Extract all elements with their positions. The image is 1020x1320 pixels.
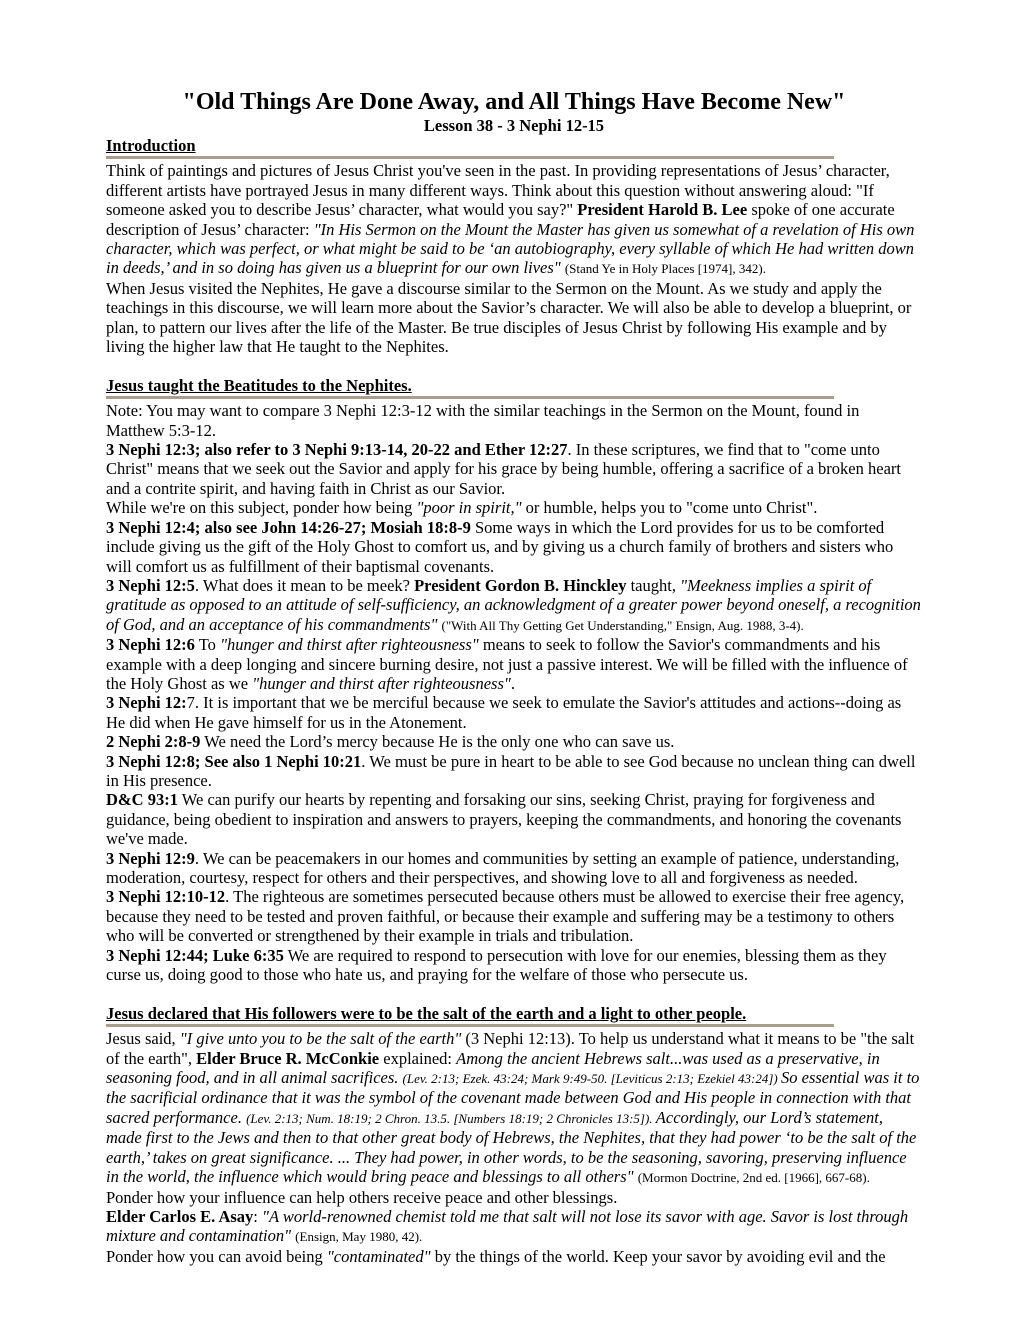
text-run: 3 Nephi 12:3; also refer to 3 Nephi 9:13… (106, 440, 568, 459)
text-run: President Harold B. Lee (577, 200, 747, 219)
text-run: To (195, 635, 220, 654)
text-run: 3 Nephi 12:5 (106, 576, 195, 595)
text-run: 3 Nephi 12:44; Luke 6:35 (106, 946, 284, 965)
text-run: ("With All Thy Getting Get Understanding… (442, 618, 804, 633)
paragraph: Ponder how your influence can help other… (106, 1188, 922, 1207)
text-run: Elder Bruce R. McConkie (196, 1049, 379, 1068)
text-run: taught, (626, 576, 680, 595)
text-run: by the things of the world. Keep your sa… (431, 1247, 886, 1266)
text-run: Note: You may want to compare 3 Nephi 12… (106, 401, 859, 439)
section-heading: Jesus taught the Beatitudes to the Nephi… (106, 376, 834, 399)
document-body: IntroductionThink of paintings and pictu… (106, 136, 922, 1266)
text-run: . What does it mean to be meek? (195, 576, 414, 595)
text-run: "hunger and thirst after righteousness" (252, 674, 511, 693)
paragraph: 3 Nephi 12:7. It is important that we be… (106, 693, 922, 732)
text-run: 3 Nephi 12: (106, 693, 187, 712)
document-subtitle: Lesson 38 - 3 Nephi 12-15 (106, 116, 922, 136)
paragraph: 3 Nephi 12:10-12. The righteous are some… (106, 887, 922, 945)
paragraph: Jesus said, "I give unto you to be the s… (106, 1029, 922, 1187)
text-run: President Gordon B. Hinckley (414, 576, 626, 595)
paragraph: 3 Nephi 12:5. What does it mean to be me… (106, 576, 922, 635)
section: IntroductionThink of paintings and pictu… (106, 136, 922, 356)
text-run: Ponder how you can avoid being (106, 1247, 327, 1266)
paragraph: 3 Nephi 12:6 To "hunger and thirst after… (106, 635, 922, 693)
text-run: . (511, 674, 515, 693)
section-heading-text: Introduction (106, 136, 196, 155)
section-heading-text: Jesus taught the Beatitudes to the Nephi… (106, 376, 412, 395)
paragraph: 3 Nephi 12:3; also refer to 3 Nephi 9:13… (106, 440, 922, 498)
section-heading-text: Jesus declared that His followers were t… (106, 1004, 746, 1023)
text-run: : (253, 1207, 262, 1226)
paragraph: 2 Nephi 2:8-9 We need the Lord’s mercy b… (106, 732, 922, 751)
text-run: (Lev. 2:13; Ezek. 43:24; Mark 9:49-50. [… (403, 1071, 781, 1086)
text-run: or humble, helps you to "come unto Chris… (522, 498, 818, 517)
text-run: (Stand Ye in Holy Places [1974], 342). (565, 261, 766, 276)
paragraph: Think of paintings and pictures of Jesus… (106, 161, 922, 278)
text-run: 3 Nephi 12:6 (106, 635, 195, 654)
text-run: "I give unto you to be the salt of the e… (180, 1029, 461, 1048)
paragraph: 3 Nephi 12:44; Luke 6:35 We are required… (106, 946, 922, 985)
paragraph: D&C 93:1 We can purify our hearts by rep… (106, 790, 922, 848)
document-title: "Old Things Are Done Away, and All Thing… (106, 88, 922, 116)
text-run: "hunger and thirst after righteousness" (220, 635, 479, 654)
text-run: (Ensign, May 1980, 42). (295, 1229, 422, 1244)
text-run: "contaminated" (327, 1247, 431, 1266)
text-run: (Lev. 2:13; Num. 18:19; 2 Chron. 13.5. [… (246, 1111, 656, 1126)
text-run: Elder Carlos E. Asay (106, 1207, 253, 1226)
text-run: (Mormon Doctrine, 2nd ed. [1966], 667-68… (638, 1170, 870, 1185)
text-run: Ponder how your influence can help other… (106, 1188, 617, 1207)
text-run: . The righteous are sometimes persecuted… (106, 887, 904, 945)
text-run: While we're on this subject, ponder how … (106, 498, 416, 517)
paragraph: Elder Carlos E. Asay: "A world-renowned … (106, 1207, 922, 1247)
text-run: We can purify our hearts by repenting an… (106, 790, 901, 848)
paragraph: 3 Nephi 12:9. We can be peacemakers in o… (106, 849, 922, 888)
text-run: 3 Nephi 12:9 (106, 849, 195, 868)
text-run: . We can be peacemakers in our homes and… (106, 849, 899, 887)
paragraph: 3 Nephi 12:4; also see John 14:26-27; Mo… (106, 518, 922, 576)
section: Jesus declared that His followers were t… (106, 1004, 922, 1266)
paragraph: While we're on this subject, ponder how … (106, 498, 922, 517)
paragraph: Ponder how you can avoid being "contamin… (106, 1247, 922, 1266)
text-run: "poor in spirit," (416, 498, 521, 517)
text-run: 3 Nephi 12:8; See also 1 Nephi 10:21 (106, 752, 361, 771)
text-run: D&C 93:1 (106, 790, 178, 809)
text-run: explained: (379, 1049, 456, 1068)
text-run: Jesus said, (106, 1029, 180, 1048)
section-heading: Introduction (106, 136, 834, 159)
text-run: We need the Lord’s mercy because He is t… (200, 732, 674, 751)
document-page: "Old Things Are Done Away, and All Thing… (0, 0, 1020, 1320)
paragraph: 3 Nephi 12:8; See also 1 Nephi 10:21. We… (106, 752, 922, 791)
text-run: 3 Nephi 12:10-12 (106, 887, 225, 906)
text-run: 3 Nephi 12:4; also see John 14:26-27; Mo… (106, 518, 471, 537)
section-heading: Jesus declared that His followers were t… (106, 1004, 834, 1027)
paragraph: When Jesus visited the Nephites, He gave… (106, 279, 922, 357)
section: Jesus taught the Beatitudes to the Nephi… (106, 376, 922, 985)
paragraph: Note: You may want to compare 3 Nephi 12… (106, 401, 922, 440)
text-run: When Jesus visited the Nephites, He gave… (106, 279, 911, 356)
text-run: 2 Nephi 2:8-9 (106, 732, 200, 751)
text-run: 7. It is important that we be merciful b… (106, 693, 901, 731)
